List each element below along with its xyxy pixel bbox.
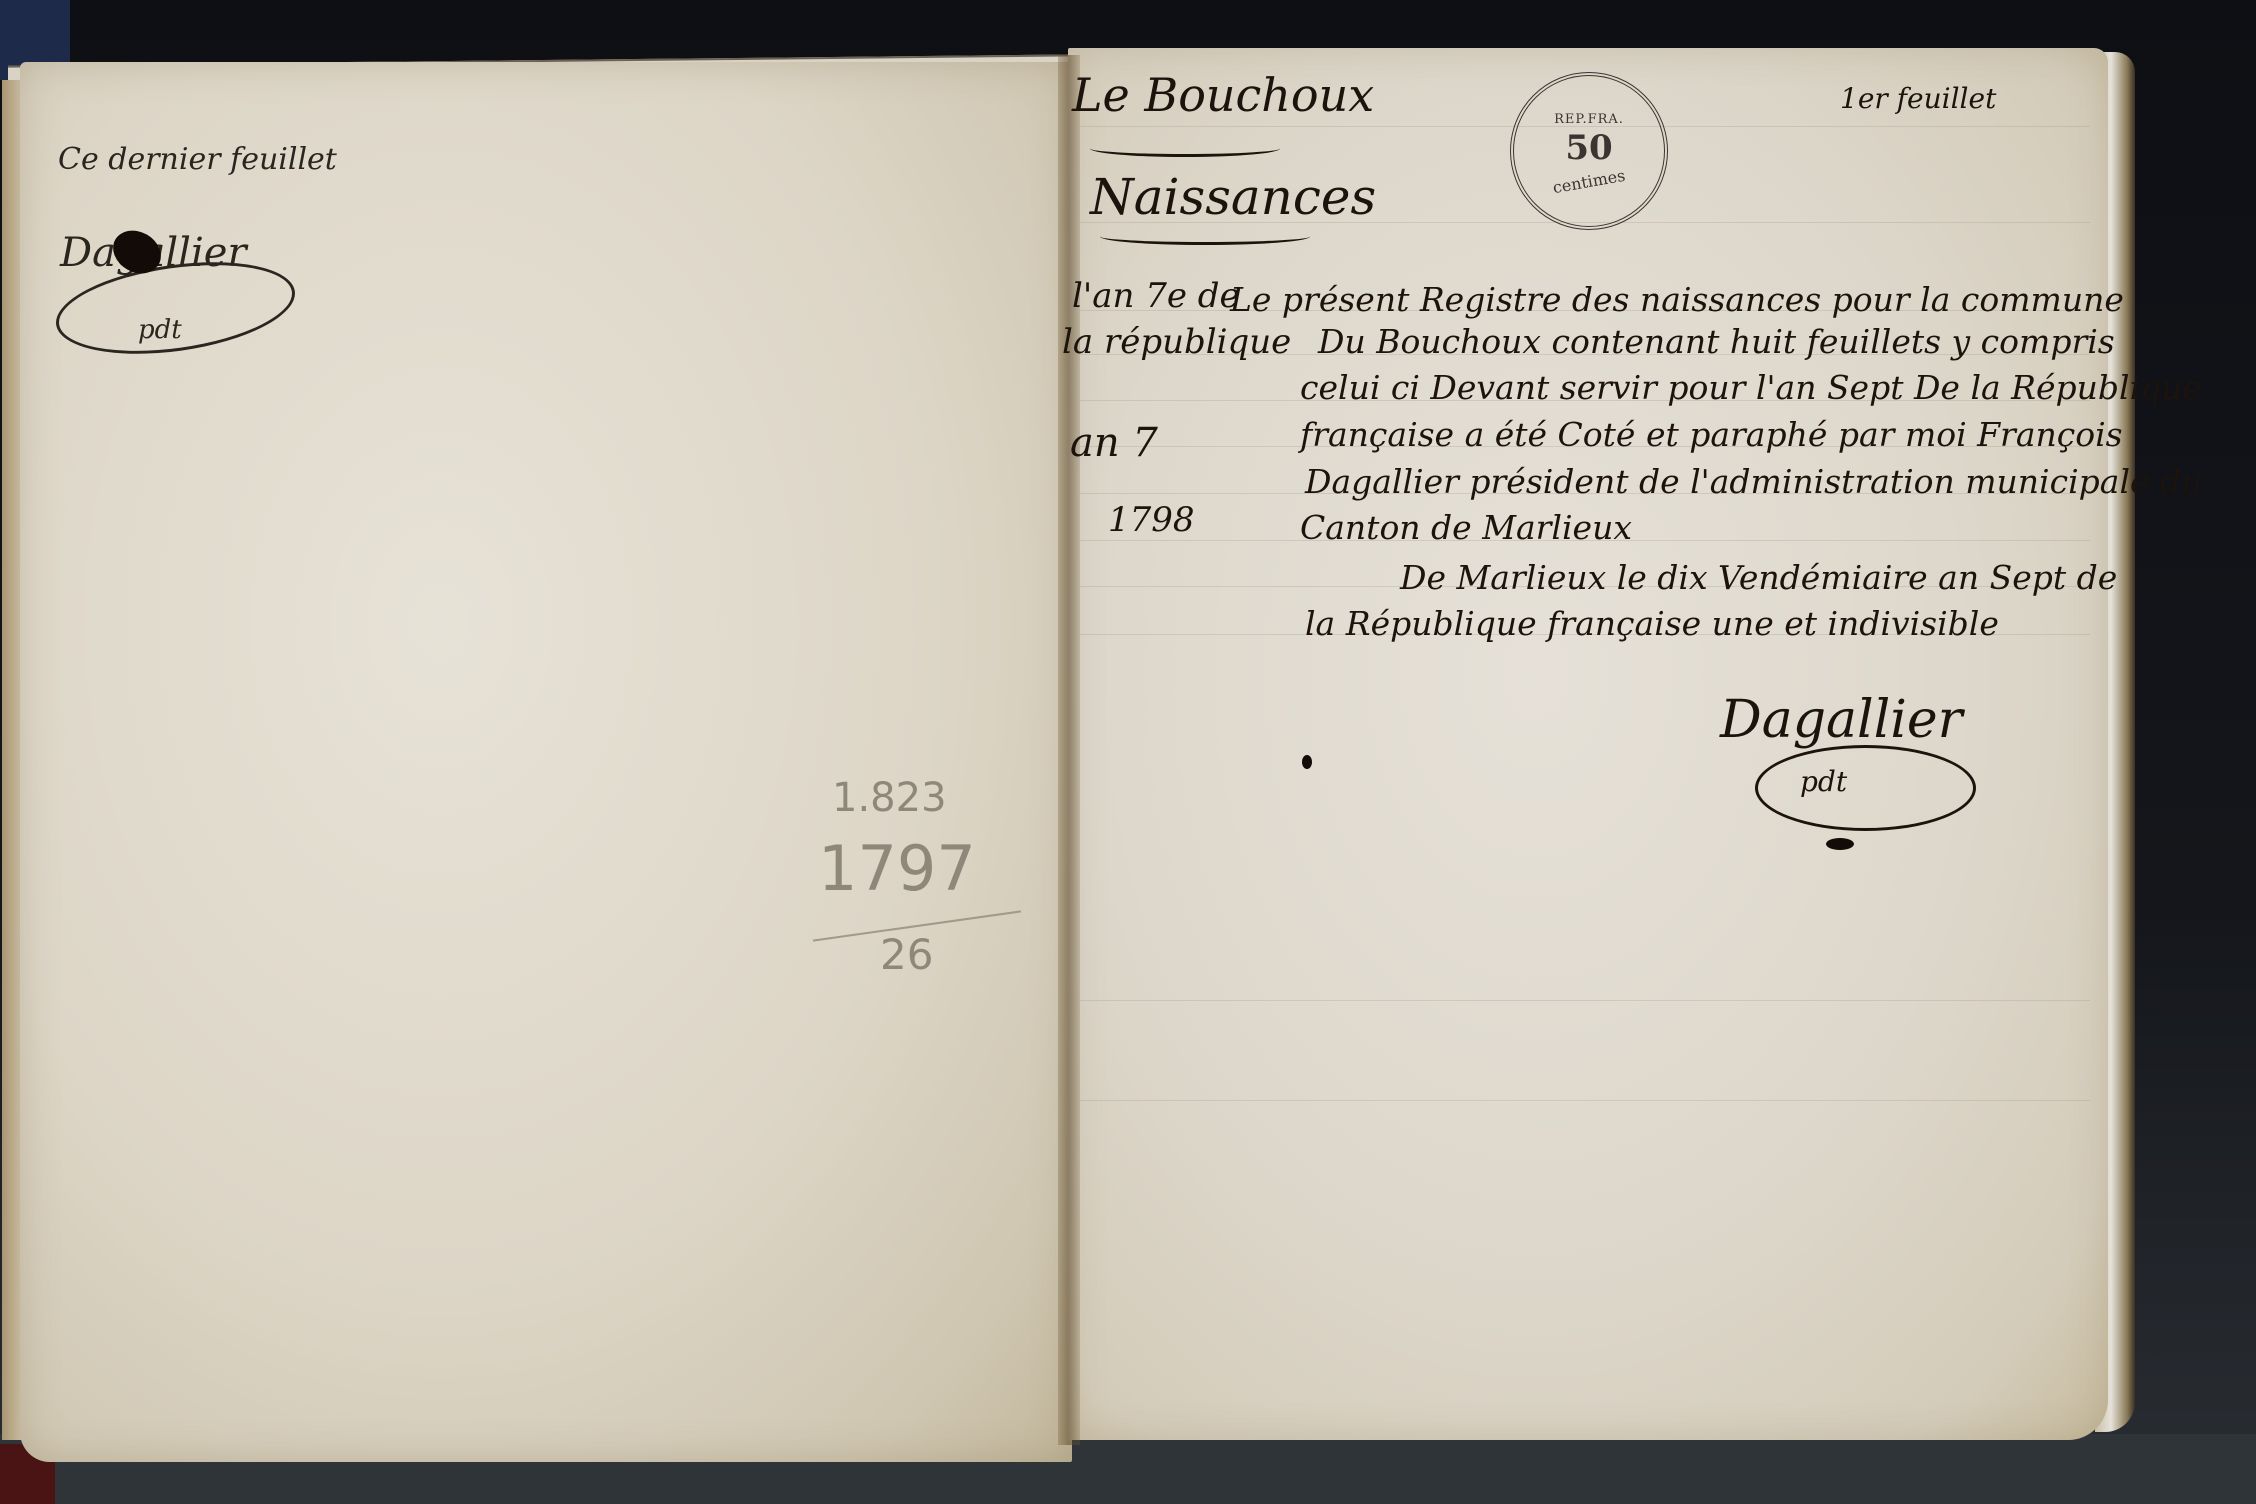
stamp-top-text: REP.FRA.	[1514, 112, 1664, 127]
book-gutter	[1058, 55, 1080, 1445]
body-line: la République française une et indivisib…	[1305, 604, 1999, 643]
ink-blot	[1302, 755, 1312, 769]
body-line: française a été Coté et paraphé par moi …	[1300, 415, 2123, 454]
tax-stamp: REP.FRA. 50 centimes	[1510, 72, 1668, 230]
margin-line-1: l'an 7e de	[1072, 276, 1240, 316]
folio-number: 1er feuillet	[1840, 82, 1996, 115]
left-page-signature-title: pdt	[138, 315, 182, 345]
margin-line-2: la république	[1062, 322, 1291, 362]
heading-flourish	[1090, 140, 1280, 157]
body-line: celui ci Devant servir pour l'an Sept De…	[1300, 368, 2202, 407]
margin-year-revolutionary: an 7	[1070, 420, 1158, 466]
margin-year-gregorian: 1798	[1108, 500, 1195, 540]
left-page-note: Ce dernier feuillet	[58, 142, 337, 177]
ruling-line	[1080, 1100, 2090, 1101]
signature-flourish	[1755, 745, 1976, 831]
ruling-line	[1080, 1000, 2090, 1001]
body-line: Du Bouchoux contenant huit feuillets y c…	[1318, 322, 2115, 361]
heading-flourish	[1100, 228, 1310, 245]
open-register-book: Ce dernier feuillet Dagallier pdt 1.823 …	[0, 0, 2256, 1504]
body-line: Canton de Marlieux	[1300, 508, 1632, 547]
body-line: Le présent Registre des naissances pour …	[1230, 280, 2124, 319]
body-line: De Marlieux le dix Vendémiaire an Sept d…	[1400, 558, 2117, 597]
right-page-signature: Dagallier	[1720, 690, 1963, 750]
pencil-annotation-3: 26	[880, 930, 933, 979]
record-type-heading: Naissances	[1090, 168, 1376, 226]
ink-blot	[1826, 838, 1854, 850]
commune-heading: Le Bouchoux	[1072, 68, 1374, 122]
pencil-annotation-1: 1.823	[832, 775, 947, 821]
pencil-annotation-2: 1797	[818, 832, 976, 905]
right-page-signature-title: pdt	[1800, 765, 1847, 798]
body-line: Dagallier président de l'administration …	[1305, 462, 2202, 501]
